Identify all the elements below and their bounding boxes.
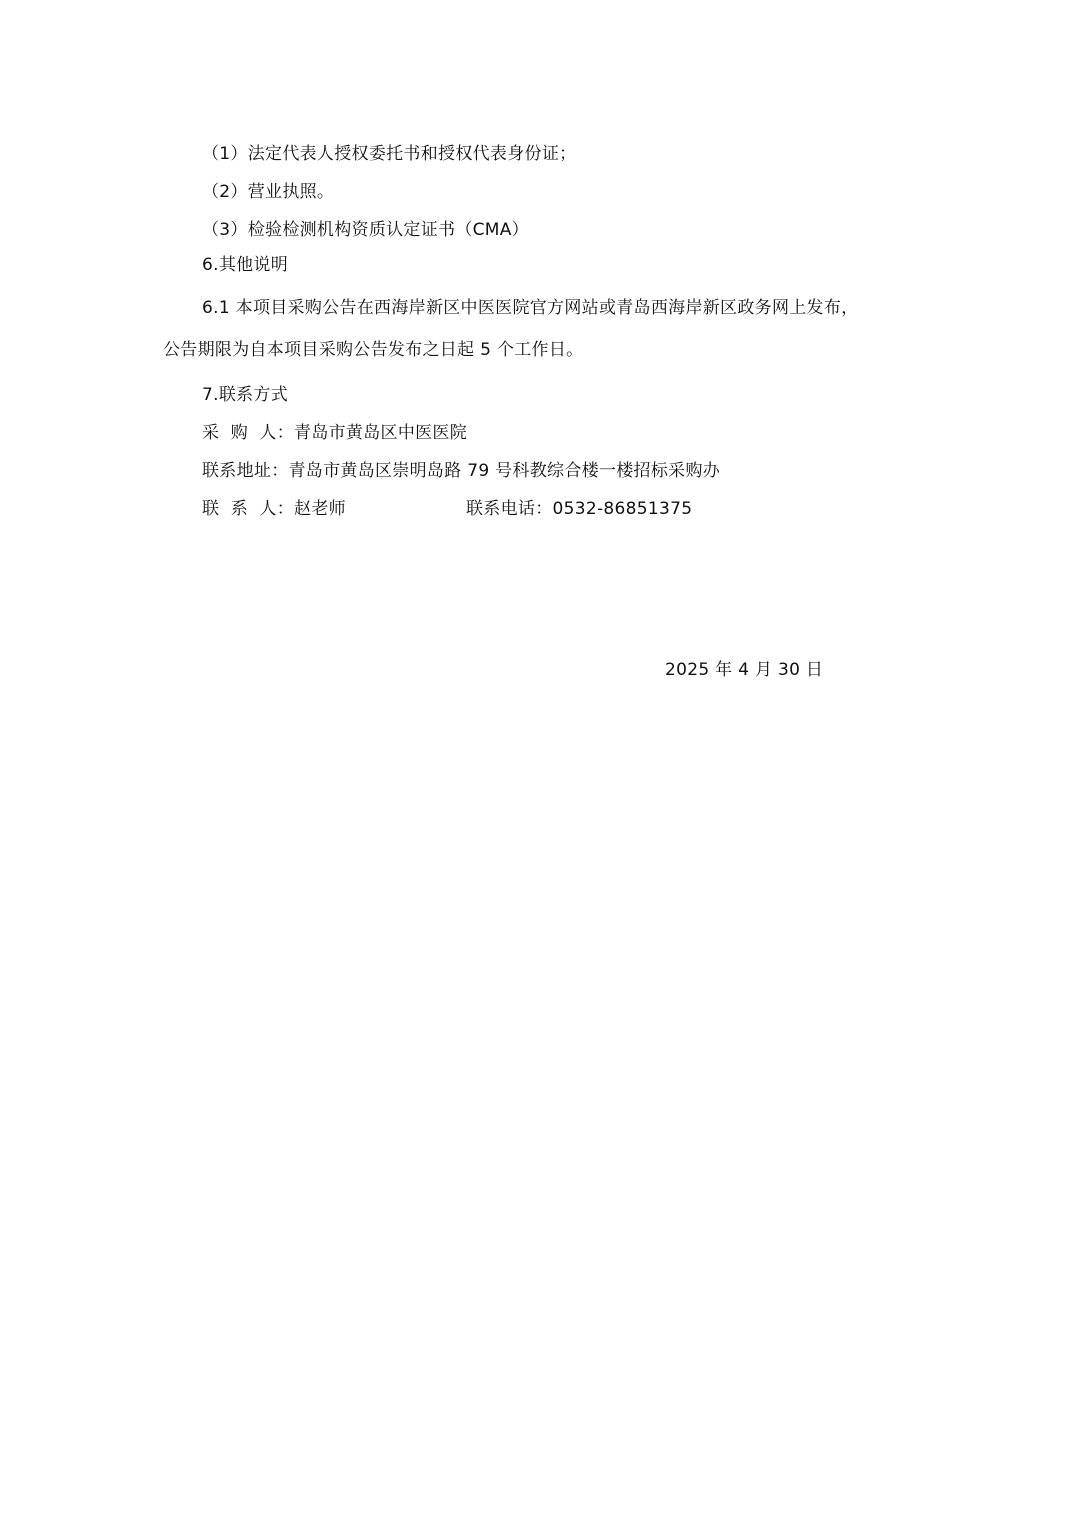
requirement-item-1: （1）法定代表人授权委托书和授权代表身份证； [202,143,576,165]
section-6-paragraph-line-2: 公告期限为自本项目采购公告发布之日起 5 个工作日。 [163,339,583,361]
contact-person-value: 赵老师 [294,499,346,519]
purchaser-label: 采 购 人： [202,423,294,443]
requirement-index: （2） [202,182,248,202]
requirement-index: （1） [202,144,248,164]
contact-phone-row: 联系电话：0532-86851375 [466,498,692,520]
section-6-heading: 6.其他说明 [202,254,288,276]
document-date: 2025 年 4 月 30 日 [665,659,823,681]
purchaser-row: 采 购 人：青岛市黄岛区中医医院 [202,422,467,444]
requirement-index: （3） [202,220,248,240]
requirement-text: 检验检测机构资质认定证书（CMA） [248,220,529,240]
address-row: 联系地址：青岛市黄岛区崇明岛路 79 号科教综合楼一楼招标采购办 [202,460,720,482]
requirement-text: 营业执照。 [248,182,335,202]
contact-person-label: 联 系 人： [202,499,294,519]
contact-person-row: 联 系 人：赵老师 [202,498,346,520]
address-value: 青岛市黄岛区崇明岛路 79 号科教综合楼一楼招标采购办 [289,461,721,481]
requirement-item-2: （2）营业执照。 [202,181,334,203]
address-label: 联系地址： [202,461,289,481]
requirement-text: 法定代表人授权委托书和授权代表身份证； [248,144,577,164]
contact-phone-label: 联系电话： [466,499,553,519]
contact-phone-value: 0532-86851375 [553,499,693,519]
requirement-item-3: （3）检验检测机构资质认定证书（CMA） [202,219,529,241]
document-page: （1）法定代表人授权委托书和授权代表身份证； （2）营业执照。 （3）检验检测机… [0,0,1074,1520]
section-6-paragraph-line-1: 6.1 本项目采购公告在西海岸新区中医医院官方网站或青岛西海岸新区政务网上发布， [202,297,858,319]
purchaser-value: 青岛市黄岛区中医医院 [294,423,467,443]
section-7-heading: 7.联系方式 [202,384,288,406]
